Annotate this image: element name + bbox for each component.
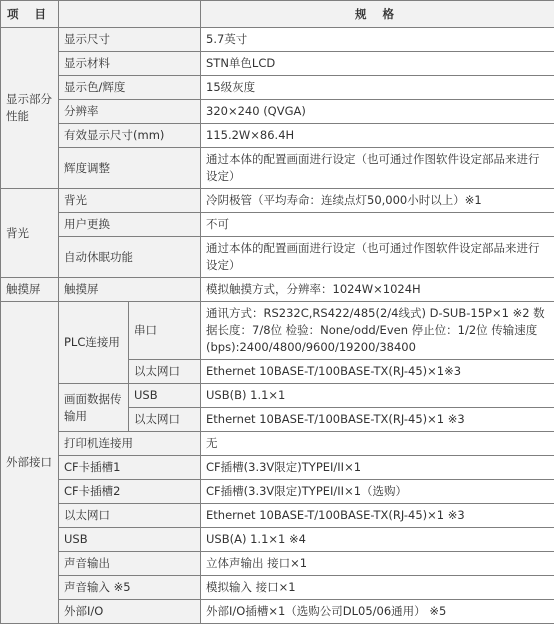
row-value: USB(A) 1.1×1 ※4	[201, 528, 554, 552]
table-row: CF卡插槽2 CF插槽(3.3V限定)TYPEI/II×1（选购）	[1, 480, 554, 504]
table-row: 自动休眠功能 通过本体的配置画面进行设定（也可通过作图软件设定部品来进行设定）	[1, 237, 554, 278]
category-display: 显示部分性能	[1, 28, 59, 189]
table-row: 有效显示尺寸(mm) 115.2W×86.4H	[1, 124, 554, 148]
row-value: 通讯方式：RS232C,RS422/485(2/4线式) D-SUB-15P×1…	[201, 302, 554, 360]
row-name: 显示材料	[59, 52, 201, 76]
plc-label: PLC连接用	[59, 302, 129, 384]
table-row: 显示色/辉度 15级灰度	[1, 76, 554, 100]
header-item: 项 目	[1, 1, 59, 28]
screen-transfer-label: 画面数据传输用	[59, 384, 129, 432]
table-row: 背光 背光 冷阴极管（平均寿命：连续点灯50,000小时以上）※1	[1, 189, 554, 213]
row-value: 模拟输入 接口×1	[201, 576, 554, 600]
row-name: 显示尺寸	[59, 28, 201, 52]
row-value: 通过本体的配置画面进行设定（也可通过作图软件设定部品来进行设定）	[201, 237, 554, 278]
table-row: 以太网口 Ethernet 10BASE-T/100BASE-TX(RJ-45)…	[1, 504, 554, 528]
table-row: 画面数据传输用 USB USB(B) 1.1×1	[1, 384, 554, 408]
table-row: 辉度调整 通过本体的配置画面进行设定（也可通过作图软件设定部品来进行设定）	[1, 148, 554, 189]
row-name: 以太网口	[129, 360, 201, 384]
category-backlight: 背光	[1, 189, 59, 278]
row-name: 打印机连接用	[59, 432, 201, 456]
table-row: 用户更换 不可	[1, 213, 554, 237]
row-name: 显示色/辉度	[59, 76, 201, 100]
spec-table: 项 目 规 格 显示部分性能 显示尺寸 5.7英寸 显示材料 STN单色LCD …	[0, 0, 554, 624]
row-value: 外部I/O插槽×1（选购公司DL05/06通用） ※5	[201, 600, 554, 624]
row-value: 320×240 (QVGA)	[201, 100, 554, 124]
row-name: 自动休眠功能	[59, 237, 201, 278]
row-value: 不可	[201, 213, 554, 237]
table-row: 声音输出 立体声输出 接口×1	[1, 552, 554, 576]
row-name: 分辨率	[59, 100, 201, 124]
table-row: USB USB(A) 1.1×1 ※4	[1, 528, 554, 552]
row-value: 5.7英寸	[201, 28, 554, 52]
row-name: USB	[59, 528, 201, 552]
table-row: 显示材料 STN单色LCD	[1, 52, 554, 76]
row-value: 无	[201, 432, 554, 456]
header-spec: 规 格	[201, 1, 554, 28]
header-row: 项 目 规 格	[1, 1, 554, 28]
row-value: 通过本体的配置画面进行设定（也可通过作图软件设定部品来进行设定）	[201, 148, 554, 189]
row-value: 模拟触摸方式，分辨率：1024W×1024H	[201, 278, 554, 302]
table-row: CF卡插槽1 CF插槽(3.3V限定)TYPEI/II×1	[1, 456, 554, 480]
row-name: 以太网口	[59, 504, 201, 528]
row-name: USB	[129, 384, 201, 408]
row-value: Ethernet 10BASE-T/100BASE-TX(RJ-45)×1※3	[201, 360, 554, 384]
row-value: STN单色LCD	[201, 52, 554, 76]
table-row: 声音输入 ※5 模拟输入 接口×1	[1, 576, 554, 600]
row-name: CF卡插槽2	[59, 480, 201, 504]
table-row: 外部I/O 外部I/O插槽×1（选购公司DL05/06通用） ※5	[1, 600, 554, 624]
category-external: 外部接口	[1, 302, 59, 624]
row-name: 声音输出	[59, 552, 201, 576]
row-name: 串口	[129, 302, 201, 360]
table-row: 外部接口 PLC连接用 串口 通讯方式：RS232C,RS422/485(2/4…	[1, 302, 554, 360]
row-value: CF插槽(3.3V限定)TYPEI/II×1（选购）	[201, 480, 554, 504]
row-name: 有效显示尺寸(mm)	[59, 124, 201, 148]
row-name: 外部I/O	[59, 600, 201, 624]
row-value: USB(B) 1.1×1	[201, 384, 554, 408]
row-value: 115.2W×86.4H	[201, 124, 554, 148]
row-name: 背光	[59, 189, 201, 213]
table-row: 触摸屏 触摸屏 模拟触摸方式，分辨率：1024W×1024H	[1, 278, 554, 302]
row-value: CF插槽(3.3V限定)TYPEI/II×1	[201, 456, 554, 480]
table-row: 显示部分性能 显示尺寸 5.7英寸	[1, 28, 554, 52]
table-row: 分辨率 320×240 (QVGA)	[1, 100, 554, 124]
row-name: 触摸屏	[59, 278, 201, 302]
category-touch: 触摸屏	[1, 278, 59, 302]
row-value: 15级灰度	[201, 76, 554, 100]
table-row: 打印机连接用 无	[1, 432, 554, 456]
row-value: Ethernet 10BASE-T/100BASE-TX(RJ-45)×1 ※3	[201, 504, 554, 528]
row-name: 以太网口	[129, 408, 201, 432]
row-name: CF卡插槽1	[59, 456, 201, 480]
row-name: 辉度调整	[59, 148, 201, 189]
row-value: 冷阴极管（平均寿命：连续点灯50,000小时以上）※1	[201, 189, 554, 213]
row-name: 声音输入 ※5	[59, 576, 201, 600]
row-name: 用户更换	[59, 213, 201, 237]
row-value: Ethernet 10BASE-T/100BASE-TX(RJ-45)×1 ※3	[201, 408, 554, 432]
row-value: 立体声输出 接口×1	[201, 552, 554, 576]
